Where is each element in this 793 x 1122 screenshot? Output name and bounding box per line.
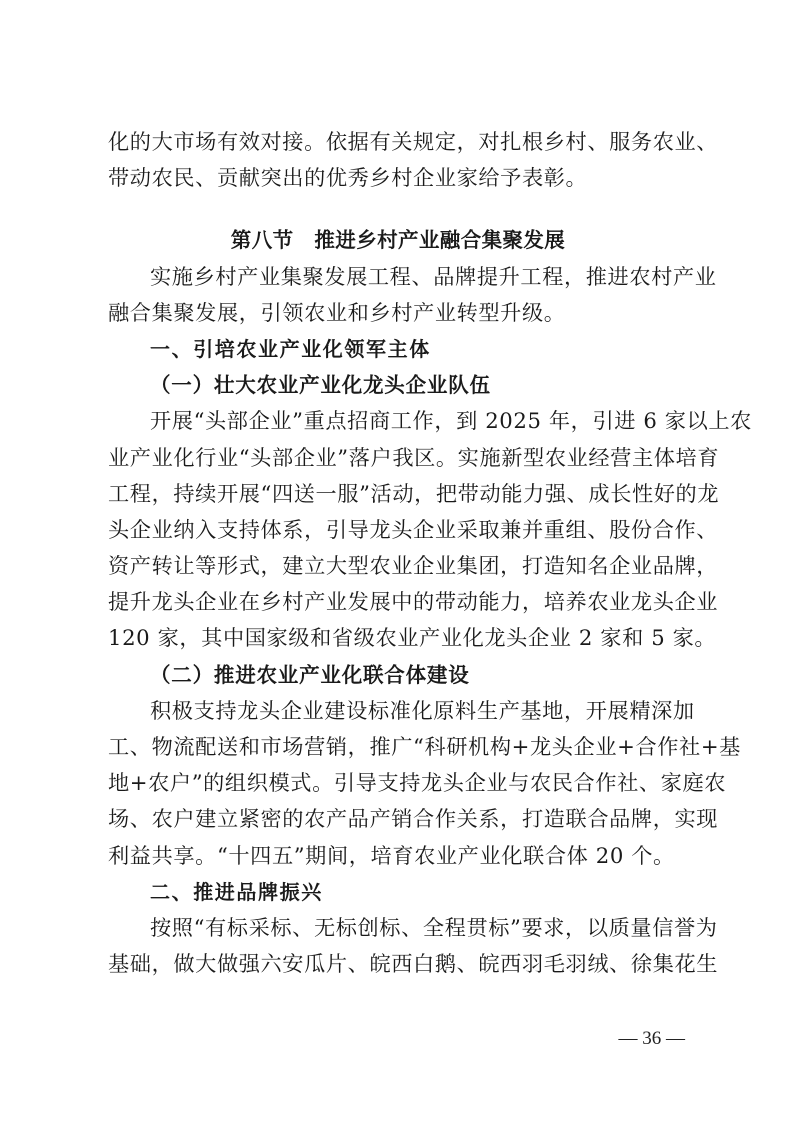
body-text-line: 业产业化行业“头部企业”落户我区。实施新型农业经营主体培育 bbox=[108, 440, 688, 476]
body-text-line: 提升龙头企业在乡村产业发展中的带动能力，培养农业龙头企业 bbox=[108, 584, 688, 620]
body-text-line: 积极支持龙头企业建设标准化原料生产基地，开展精深加 bbox=[108, 693, 688, 729]
document-page: 化的大市场有效对接。依据有关规定，对扎根乡村、服务农业、 带动农民、贡献突出的优… bbox=[108, 124, 688, 982]
body-text-line: 资产转让等形式，建立大型农业企业集团，打造知名企业品牌， bbox=[108, 548, 688, 584]
heading-level-1: 二、推进品牌振兴 bbox=[108, 874, 688, 910]
body-text-line: 工、物流配送和市场营销，推广“科研机构+龙头企业+合作社+基 bbox=[108, 729, 688, 765]
body-text-line: 场、农户建立紧密的农产品产销合作关系，打造联合品牌，实现 bbox=[108, 801, 688, 837]
body-text-line: 120 家，其中国家级和省级农业产业化龙头企业 2 家和 5 家。 bbox=[108, 620, 688, 656]
body-text-line: 工程，持续开展“四送一服”活动，把带动能力强、成长性好的龙 bbox=[108, 476, 688, 512]
heading-level-2: （一）壮大农业产业化龙头企业队伍 bbox=[108, 367, 688, 403]
body-text-line: 基础，做大做强六安瓜片、皖西白鹅、皖西羽毛羽绒、徐集花生 bbox=[108, 946, 688, 982]
page-number: — 36 — bbox=[619, 1028, 686, 1050]
body-text-line: 按照“有标采标、无标创标、全程贯标”要求，以质量信誉为 bbox=[108, 910, 688, 946]
body-text-line: 地+农户”的组织模式。引导支持龙头企业与农民合作社、家庭农 bbox=[108, 765, 688, 801]
heading-level-1: 一、引培农业产业化领军主体 bbox=[108, 331, 688, 367]
body-text-line: 开展“头部企业”重点招商工作，到 2025 年，引进 6 家以上农 bbox=[108, 403, 688, 439]
body-text-line: 化的大市场有效对接。依据有关规定，对扎根乡村、服务农业、 bbox=[108, 124, 688, 160]
body-text-line: 头企业纳入支持体系，引导龙头企业采取兼并重组、股份合作、 bbox=[108, 512, 688, 548]
section-title: 第八节 推进乡村产业融合集聚发展 bbox=[108, 222, 688, 258]
body-text-line: 利益共享。“十四五”期间，培育农业产业化联合体 20 个。 bbox=[108, 838, 688, 874]
heading-level-2: （二）推进农业产业化联合体建设 bbox=[108, 657, 688, 693]
body-text-line: 带动农民、贡献突出的优秀乡村企业家给予表彰。 bbox=[108, 160, 688, 196]
body-text-line: 实施乡村产业集聚发展工程、品牌提升工程，推进农村产业 bbox=[108, 259, 688, 295]
body-text-line: 融合集聚发展，引领农业和乡村产业转型升级。 bbox=[108, 295, 688, 331]
